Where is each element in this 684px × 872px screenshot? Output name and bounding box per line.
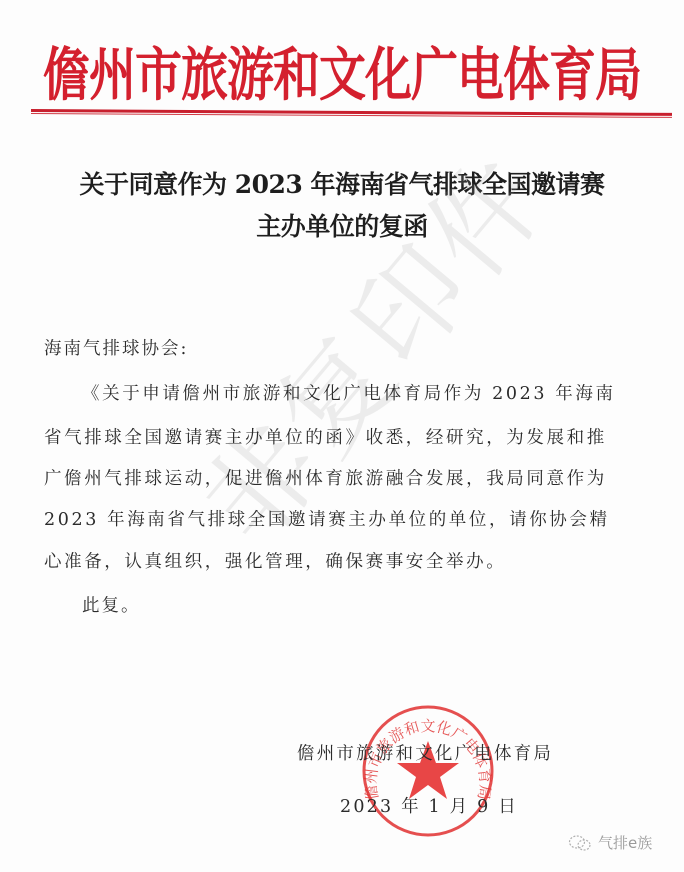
signature-org-name: 儋州市旅游和文化广电体育局 [297,740,553,765]
body-line: 省气排球全国邀请赛主办单位的函》收悉，经研究，为发展和推 [44,424,607,449]
body-line: 2023 年海南省气排球全国邀请赛主办单位的单位，请你协会精 [44,506,610,531]
document-title-line-1: 关于同意作为 2023 年海南省气排球全国邀请赛 [0,165,684,201]
wechat-icon [568,834,592,852]
source-badge-label: 气排e族 [598,832,652,853]
letterhead-org-name: 儋州市旅游和文化广电体育局 [0,30,684,112]
source-badge: 气排e族 [568,832,652,853]
closing-remark: 此复。 [82,592,141,617]
official-seal: 儋州市旅游和文化广电体育局 [358,703,498,839]
body-line: 广儋州气排球运动，促进儋州体育旅游融合发展，我局同意作为 [44,465,607,490]
signature-date: 2023 年 1 月 9 日 [340,793,518,818]
document-page: 儋州市旅游和文化广电体育局 关于同意作为 2023 年海南省气排球全国邀请赛 主… [0,0,684,872]
salutation: 海南气排球协会: [44,335,188,360]
body-line: 《关于申请儋州市旅游和文化广电体育局作为 2023 年海南 [82,380,616,405]
body-line: 心准备，认真组织，强化管理，确保赛事安全举办。 [44,548,506,573]
document-title-line-2: 主办单位的复函 [0,207,684,243]
